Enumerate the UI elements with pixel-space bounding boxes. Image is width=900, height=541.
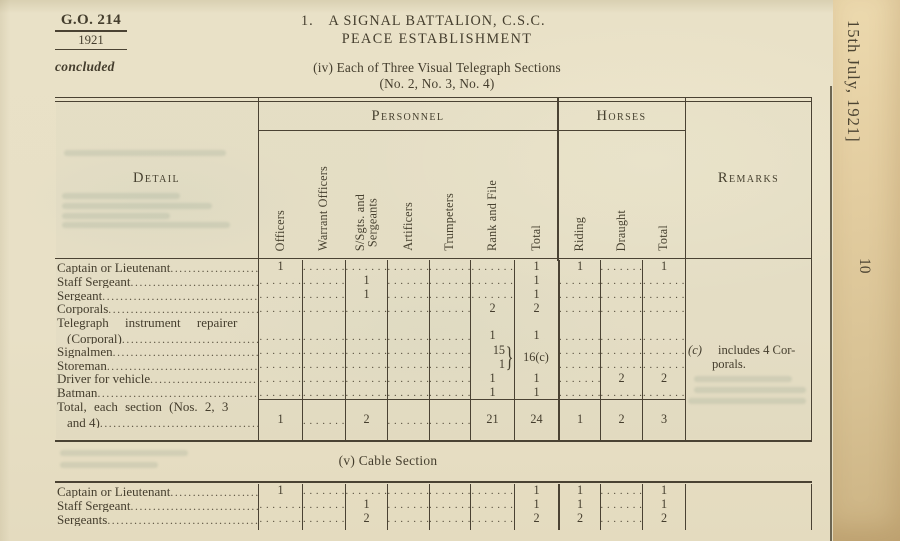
detail-cell: Telegraph instrument repairer(Corporal) [55,315,258,344]
value-cell: 1 [258,399,302,428]
value-cell [558,344,600,358]
gazette-number: G.O. 214 [55,12,127,29]
value-cell: 2 [514,512,558,526]
value-cell [642,344,685,358]
value-cell [600,301,642,315]
column-header-total: Total [642,131,685,256]
value-cell [387,301,429,315]
value-cell [429,315,470,344]
remarks-cell [685,301,812,315]
value-cell [429,288,470,302]
remark-note-c: (c)includes 4 Cor- porals. [688,344,812,371]
value-cell [387,399,429,428]
show-through-smudge [694,376,792,382]
value-cell [642,358,685,372]
show-through-smudge [62,193,180,199]
column-header-label: Total [657,225,670,251]
column-header-total: Total [514,131,558,256]
title-block: 1. A SIGNAL BATTALION, C.S.C. PEACE ESTA… [287,13,587,92]
column-header-officers: Officers [258,131,302,256]
detail-cell: Driver for vehicle [55,371,258,385]
value-cell [302,315,345,344]
value-cell [600,344,642,358]
detail-cell: Storeman [55,358,258,372]
column-header-label: Rank and File [486,180,499,251]
table-row: Sergeant11 [55,288,812,302]
value-cell [600,288,642,302]
title-line-1: 1. A SIGNAL BATTALION, C.S.C. [287,13,587,30]
filler-row [55,526,812,530]
value-cell: 3 [642,399,685,428]
cable-section-heading: (v) Cable Section [238,453,538,469]
value-cell: 1 [345,498,387,512]
value-cell: 1 [642,498,685,512]
value-cell [470,512,514,526]
column-header-s-sgts-and-sergeants: S/Sgts. and Sergeants [345,131,387,256]
remarks-cell [685,288,812,302]
detail-cell: Captain or Lieutenant [55,260,258,274]
value-cell: 1 [558,399,600,428]
value-cell: 2 [345,512,387,526]
horses-group-header: Horses [558,103,685,129]
remark-ref: (c) [688,343,702,357]
value-cell [345,484,387,498]
value-cell [558,358,600,372]
value-cell [387,385,429,399]
rule [55,49,127,50]
value-cell: 1 [514,260,558,274]
value-cell [345,260,387,274]
column-header-riding: Riding [558,131,600,256]
value-cell [642,385,685,399]
page-fold-line [830,86,832,541]
gazette-year: 1921 [55,33,127,48]
detail-cell: Corporals [55,301,258,315]
value-cell [642,288,685,302]
value-cell: 1 [558,260,600,274]
column-header-artificers: Artificers [387,131,429,256]
column-header-label: Riding [573,217,586,251]
value-cell [600,498,642,512]
value-cell [600,315,642,344]
detail-cell: Staff Sergeant [55,274,258,288]
value-cell [600,260,642,274]
value-cell [470,288,514,302]
value-cell [302,512,345,526]
value-cell: 2 [345,399,387,428]
value-cell [470,260,514,274]
value-cell: 1 [258,260,302,274]
value-cell [558,274,600,288]
value-cell [345,301,387,315]
value-cell [558,371,600,385]
value-cell: 24 [514,399,558,428]
filler-row [55,428,812,440]
value-cell [600,512,642,526]
value-cell [387,288,429,302]
value-cell [429,399,470,428]
value-cell [429,484,470,498]
value-cell [302,498,345,512]
value-cell [429,274,470,288]
value-cell [258,344,302,358]
value-cell [387,371,429,385]
column-header-rank-and-file: Rank and File [470,131,514,256]
show-through-smudge [60,462,158,468]
value-cell [345,315,387,344]
value-cell [345,358,387,372]
column-header-label: Officers [274,210,287,251]
value-cell [387,358,429,372]
table-top-rule-1 [55,97,812,98]
value-cell: 1 [558,498,600,512]
detail-cell: Total, each section (Nos. 2, 3and 4) [55,399,258,428]
show-through-smudge [64,150,226,156]
value-cell [558,315,600,344]
value-cell [258,385,302,399]
value-cell [258,498,302,512]
value-cell [470,274,514,288]
title-index: 1. [301,13,314,30]
value-cell [258,274,302,288]
value-cell [302,358,345,372]
column-header-label: Warrant Officers [317,166,330,251]
value-cell [429,344,470,358]
value-cell [387,484,429,498]
value-cell [258,315,302,344]
remark-text-line1: includes 4 Cor- [718,343,795,357]
value-cell: 2 [642,371,685,385]
value-cell [600,274,642,288]
title-line-2: PEACE ESTABLISHMENT [287,31,587,48]
value-cell [387,498,429,512]
value-cell [470,498,514,512]
value-cell [302,344,345,358]
column-header-label: Total [530,225,543,251]
table-row: Sergeants2222 [55,512,812,526]
show-through-smudge [688,398,806,404]
table-row: Corporals22 [55,301,812,315]
value-cell [302,371,345,385]
table-row: Captain or Lieutenant1111 [55,484,812,498]
value-cell [387,260,429,274]
value-cell [258,358,302,372]
section-iv-subheading: (No. 2, No. 3, No. 4) [287,76,587,92]
remark-text-line2: porals. [712,358,812,372]
value-cell [302,399,345,428]
table-top-rule-2 [55,101,812,102]
value-cell: 1 [514,288,558,302]
value-cell: 1 [470,315,514,344]
value-cell [558,385,600,399]
value-cell [600,484,642,498]
value-cell [345,371,387,385]
value-cell [470,484,514,498]
gazette-reference: G.O. 214 1921 [55,12,127,50]
detail-cell: Signalmen [55,344,258,358]
value-cell: 21 [470,399,514,428]
remarks-cell [685,498,812,512]
value-cell [258,371,302,385]
show-through-smudge [62,213,170,219]
column-header-label: Artificers [402,202,415,251]
detail-cell: Captain or Lieutenant [55,484,258,498]
value-cell [429,385,470,399]
column-header-trumpeters: Trumpeters [429,131,470,256]
value-cell: 1 [514,274,558,288]
value-cell [600,358,642,372]
value-cell [429,498,470,512]
detail-cell: Staff Sergeant [55,498,258,512]
detail-column-header: Detail [55,170,258,187]
value-cell [387,274,429,288]
detail-cell: Sergeants [55,512,258,526]
value-cell [258,301,302,315]
remarks-cell [685,512,812,526]
value-cell [429,371,470,385]
table-bottom-rule [55,440,812,442]
section-iv-heading: (iv) Each of Three Visual Telegraph Sect… [287,60,587,76]
merged-total-cell: 16(c) [514,344,558,372]
value-cell [387,344,429,358]
value-cell: 1 [642,484,685,498]
value-cell: 1 [514,371,558,385]
remarks-cell [685,274,812,288]
value-cell [302,260,345,274]
remarks-cell [685,484,812,498]
value-cell [345,344,387,358]
value-cell [345,385,387,399]
value-cell [429,260,470,274]
column-header-label: Trumpeters [443,193,456,251]
value-cell: 2 [600,399,642,428]
show-through-smudge [62,222,230,228]
cable-section-rule [55,481,812,483]
scanned-gazette-page: 15th July, 1921] 10 G.O. 214 1921 conclu… [0,0,900,541]
value-cell: 1 [345,274,387,288]
value-cell [642,301,685,315]
value-cell: 2 [600,371,642,385]
value-cell: 1 [514,385,558,399]
value-cell: 1 [470,371,514,385]
table-row: Telegraph instrument repairer(Corporal)1… [55,315,812,344]
table-row: Staff Sergeant1111 [55,498,812,512]
value-cell [258,288,302,302]
concluded-note: concluded [55,59,115,75]
column-header-warrant-officers: Warrant Officers [302,131,345,256]
detail-cell: Batman [55,385,258,399]
value-cell [302,385,345,399]
table-row: Staff Sergeant11 [55,274,812,288]
value-cell [429,301,470,315]
column-header-label: S/Sgts. and Sergeants [354,194,379,251]
value-cell [558,288,600,302]
value-cell: 1 [558,484,600,498]
value-cell: 1 [514,484,558,498]
value-cell: 1 [514,498,558,512]
remarks-cell [685,315,812,344]
remarks-column-header: Remarks [685,170,812,187]
show-through-smudge [694,387,806,393]
page-number: 10 [855,258,873,274]
rule [55,30,127,32]
value-cell [429,512,470,526]
value-cell: 2 [470,301,514,315]
detail-cell: Sergeant [55,288,258,302]
value-cell [558,301,600,315]
battalion-title: A SIGNAL BATTALION, C.S.C. [328,13,545,29]
value-cell: 1 [514,315,558,344]
value-cell: 2 [514,301,558,315]
value-cell [642,315,685,344]
value-cell [429,358,470,372]
value-cell [258,512,302,526]
show-through-smudge [62,203,212,209]
value-cell [600,385,642,399]
value-cell: 2 [558,512,600,526]
value-cell [642,274,685,288]
value-cell: 2 [642,512,685,526]
value-cell [387,315,429,344]
value-cell: 1 [470,385,514,399]
margin-date: 15th July, 1921] [843,20,863,143]
show-through-smudge [60,450,188,456]
column-header-draught: Draught [600,131,642,256]
value-cell [302,274,345,288]
value-cell: 1 [258,484,302,498]
value-cell: 1 [642,260,685,274]
value-cell [387,512,429,526]
remarks-cell [685,260,812,274]
personnel-group-header: Personnel [258,103,558,129]
value-cell [302,288,345,302]
value-cell: 1 [345,288,387,302]
table-row: Captain or Lieutenant1111 [55,260,812,274]
value-cell [302,301,345,315]
column-header-label: Draught [615,210,628,251]
cable-section-table-body: Captain or Lieutenant1111Staff Sergeant1… [55,484,812,541]
value-cell [302,484,345,498]
row-brace: } [505,343,513,371]
